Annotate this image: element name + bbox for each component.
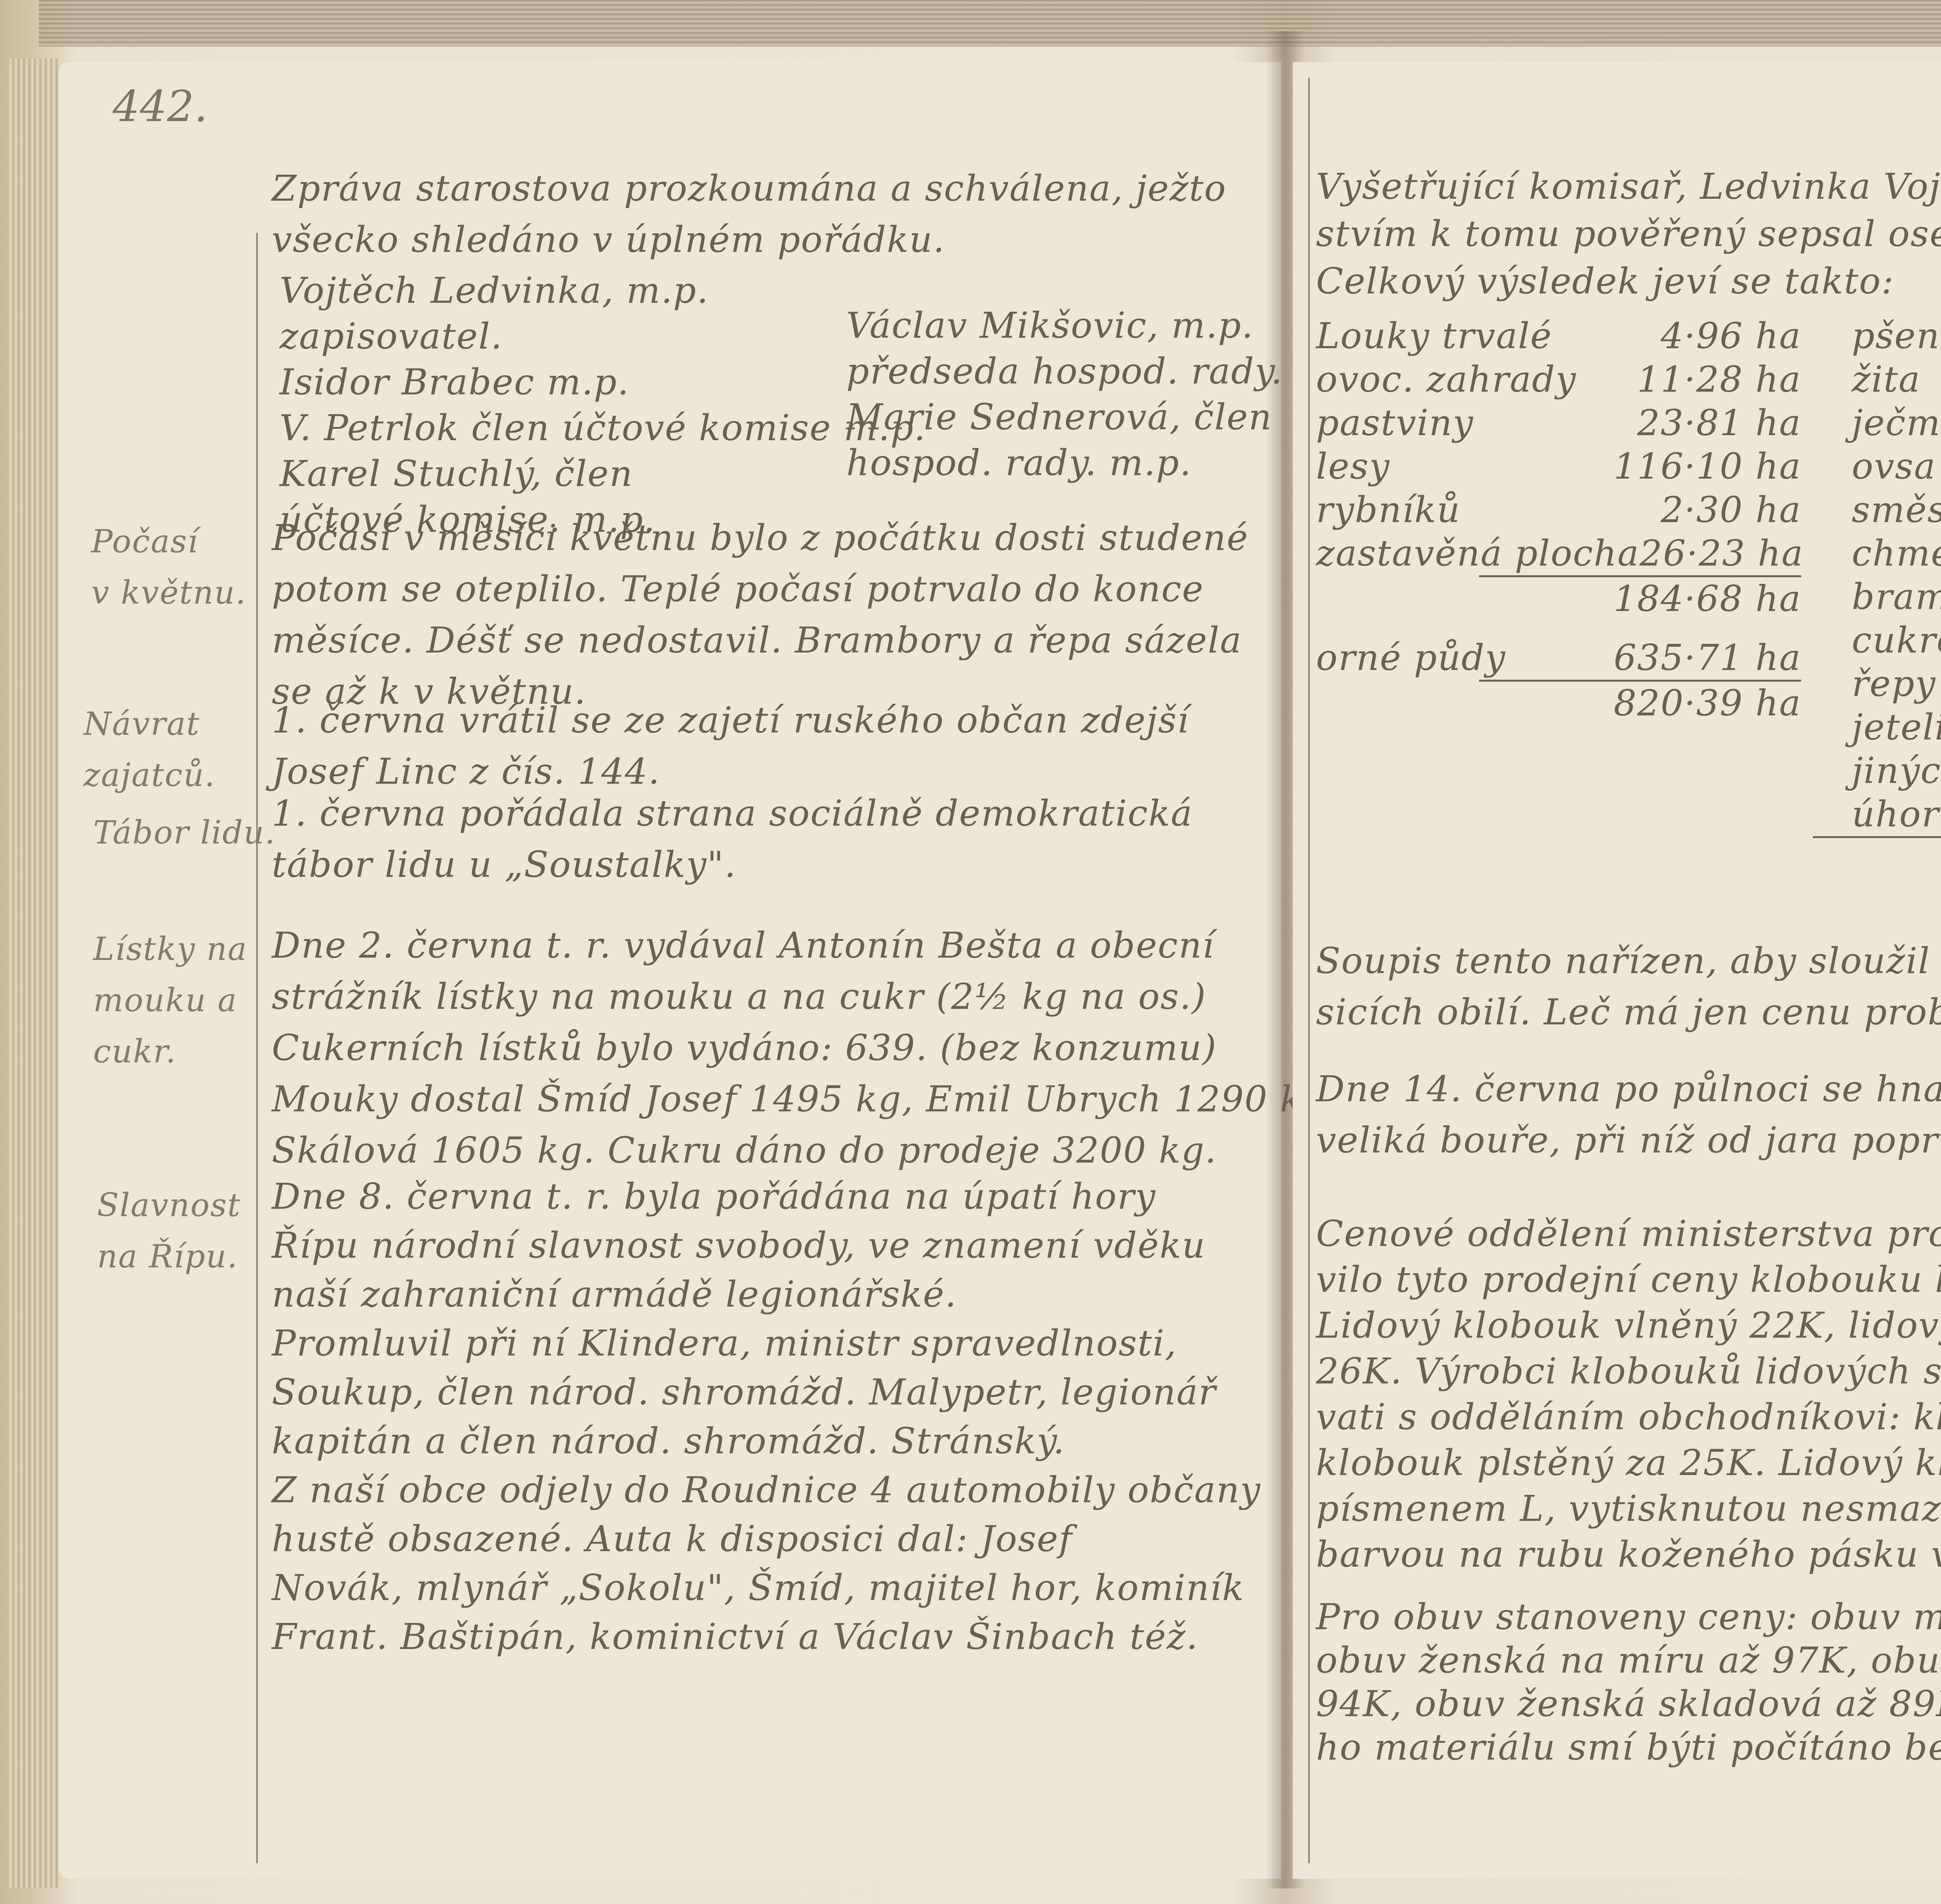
table-row: rybníků2·30 ha <box>1316 488 1801 532</box>
text-line: strážník lístky na mouku a na cukr (2½ k… <box>272 971 1326 1022</box>
table-row: jiných zelin37·55 ha <box>1852 749 1941 793</box>
margin-text: Lístky na <box>93 924 248 975</box>
text-line: Z naší obce odjely do Roudnice 4 automob… <box>272 1466 1261 1515</box>
text-line: sicích obilí. Leč má jen cenu problemati… <box>1316 987 1941 1038</box>
signatures-right: Václav Mikšovic, m.p. předseda hospod. r… <box>846 303 1283 486</box>
text-line: 1. června pořádala strana sociálně demok… <box>272 788 1193 839</box>
page-stack-left <box>8 58 58 1888</box>
margin-note-return: Návrat zajatců. <box>83 699 215 801</box>
entry-weather-may: Počasí v měsíci květnu bylo z počátku do… <box>272 512 1249 717</box>
text-line: kapitán a člen národ. shromážd. Stránský… <box>272 1417 1261 1466</box>
text-line: Soupis tento nařízen, aby sloužil za pod… <box>1316 936 1941 987</box>
text-line: Dne 14. června po půlnoci se hnala se na… <box>1316 1064 1941 1115</box>
row-label: jetelin <box>1852 706 1941 749</box>
text-line: Novák, mlynář „Sokolu", Šmíd, majitel ho… <box>272 1564 1261 1612</box>
margin-text: Slavnost <box>97 1180 241 1231</box>
text-line: Cenové oddělení ministerstva pro zásobov… <box>1316 1211 1941 1257</box>
margin-text: Tábor lidu. <box>93 807 276 859</box>
signature: Marie Sednerová, člen <box>846 394 1283 440</box>
margin-text: v květnu. <box>91 568 247 619</box>
signature-role: předseda hospod. rady. <box>846 349 1283 394</box>
row-label: chmele <box>1852 532 1941 575</box>
text-line: všecko shledáno v úplném pořádku. <box>272 214 1226 266</box>
row-label: lesy <box>1316 445 1390 488</box>
text-line: Lidový klobouk vlněný 22K, lidový klobou… <box>1316 1303 1941 1349</box>
entry-ration-cards: Dne 2. června t. r. vydával Antonín Bešt… <box>272 920 1326 1176</box>
margin-text: Návrat <box>83 699 215 750</box>
page-number-left: 442. <box>113 82 208 131</box>
crop-table: pšenice83·21 ha žita124·15 ha ječmene31·… <box>1852 314 1941 882</box>
row-value: 4·96 ha <box>1661 314 1801 358</box>
signature: Isidor Brabec m.p. <box>280 359 926 405</box>
row-label: žita <box>1852 358 1921 401</box>
text-line: 1. června vrátil se ze zajetí ruského ob… <box>272 695 1189 746</box>
text-line: vati s odděláním obchodníkovi: klobouk v… <box>1316 1394 1941 1440</box>
subtotal-value: 184·68 ha <box>1614 577 1801 621</box>
signature: Vojtěch Ledvinka, m.p. <box>280 268 926 314</box>
table-row: brambor55·77 ha <box>1852 575 1941 619</box>
text-line: 94K, obuv ženská skladová až 89K. Za obu… <box>1316 1682 1941 1726</box>
row-label: brambor <box>1852 575 1941 619</box>
row-label: rybníků <box>1316 488 1461 532</box>
text-line: hustě obsazené. Auta k disposici dal: Jo… <box>272 1515 1261 1564</box>
row-value: 116·10 ha <box>1614 445 1801 488</box>
text-line: barvou na rubu koženého pásku v klobouku… <box>1316 1532 1941 1578</box>
row-value: 2·30 ha <box>1661 488 1801 532</box>
row-value: 635·71 ha <box>1614 636 1801 680</box>
row-label: ječmene <box>1852 401 1941 445</box>
page-edges-top <box>39 0 1941 47</box>
row-label: Louky trvalé <box>1316 314 1552 358</box>
entry-storm: Dne 14. června po půlnoci se hnala se na… <box>1316 1064 1941 1166</box>
text-line: Soukup, člen národ. shromážd. Malypetr, … <box>272 1368 1261 1417</box>
right-inner-rule <box>1308 78 1310 1863</box>
text-line: klobouk plstěný za 25K. Lidový klobouk o… <box>1316 1440 1941 1486</box>
row-label: orné půdy <box>1316 636 1506 680</box>
text-line: tábor lidu u „Soustalky". <box>272 839 1193 890</box>
table-row: ovsa57·08 ha <box>1852 445 1941 488</box>
entry-shoe-prices: Pro obuv stanoveny ceny: obuv mužská na … <box>1316 1595 1941 1769</box>
row-label: cukrovky <box>1852 619 1941 662</box>
margin-text: na Řípu. <box>97 1231 241 1283</box>
row-label: úhoru <box>1852 793 1941 836</box>
signature: Karel Stuchlý, člen <box>280 451 926 497</box>
signature-role: hospod. rady. m.p. <box>846 440 1283 486</box>
signatures-left: Vojtěch Ledvinka, m.p. zapisovatel. Isid… <box>280 268 926 543</box>
margin-text: cukr. <box>93 1026 248 1078</box>
table-row: cukrovky11·08 ha <box>1852 619 1941 662</box>
text-line: měsíce. Déšť se nedostavil. Brambory a ř… <box>272 615 1249 666</box>
text-line: veliká bouře, při níž od jara poprvé nam… <box>1316 1115 1941 1166</box>
margin-note-rally: Tábor lidu. <box>93 807 276 859</box>
text-line: Mouky dostal Šmíd Josef 1495 kg, Emil Ub… <box>272 1074 1326 1125</box>
text-line: Počasí v měsíci květnu bylo z počátku do… <box>272 512 1249 564</box>
text-line: Skálová 1605 kg. Cukru dáno do prodeje 3… <box>272 1125 1326 1176</box>
text-line: Dne 2. června t. r. vydával Antonín Bešt… <box>272 920 1326 971</box>
text-line: obuv ženská na míru až 97K, obuv mužská … <box>1316 1639 1941 1682</box>
text-line: potom se oteplilo. Teplé počasí potrvalo… <box>272 564 1249 615</box>
signature-role: zapisovatel. <box>280 314 926 359</box>
row-label: pšenice <box>1852 314 1941 358</box>
entry-hat-prices: Cenové oddělení ministerstva pro zásobov… <box>1316 1211 1941 1578</box>
text-line: Frant. Baštipán, kominictví a Václav Šin… <box>272 1612 1261 1661</box>
text-line: ho materiálu smí býti počítáno bez rozdí… <box>1316 1726 1941 1769</box>
text-line: písmenem L, vytisknutou nesmazatelnou fi… <box>1316 1486 1941 1532</box>
text-line: 26K. Výrobci klobouků lidových smí obcho… <box>1316 1349 1941 1394</box>
row-label: pastviny <box>1316 401 1474 445</box>
text-line: Cukerních lístků bylo vydáno: 639. (bez … <box>272 1022 1326 1074</box>
entry-report-approved: Zpráva starostova prozkoumána a schválen… <box>272 163 1226 266</box>
table-row: pšenice83·21 ha <box>1852 314 1941 358</box>
row-label: ovoc. zahrady <box>1316 358 1576 401</box>
signature: Václav Mikšovic, m.p. <box>846 303 1283 349</box>
row-label: řepy krmné <box>1852 662 1941 706</box>
text-line: Pro obuv stanoveny ceny: obuv mužská na … <box>1316 1595 1941 1639</box>
entry-survey-purpose: Soupis tento nařízen, aby sloužil za pod… <box>1316 936 1941 1038</box>
table-row: jetelin94·41 ha <box>1852 706 1941 749</box>
margin-note-ration-cards: Lístky na mouku a cukr. <box>93 924 248 1078</box>
text-line: Celkový výsledek jeví se takto: <box>1316 258 1941 305</box>
margin-text: mouku a <box>93 975 248 1026</box>
table-row: řepy krmné18·88 ha <box>1852 662 1941 706</box>
table-row: ovoc. zahrady11·28 ha <box>1316 358 1801 401</box>
row-value: 23·81 ha <box>1637 401 1801 445</box>
subtotal-row: 184·68 ha <box>1479 575 1801 621</box>
margin-note-weather: Počasí v květnu. <box>91 516 247 619</box>
left-margin-rule <box>256 233 258 1863</box>
margin-text: zajatců. <box>83 750 215 801</box>
table-row: ječmene31·06 ha <box>1852 401 1941 445</box>
text-line: Vyšetřující komisař, Ledvinka Vojtěch, u… <box>1316 163 1941 210</box>
text-line: Řípu národní slavnost svobody, ve znamen… <box>272 1221 1261 1270</box>
text-line: Zpráva starostova prozkoumána a schválen… <box>272 163 1226 214</box>
table-row: úhoru3·48 ha <box>1852 793 1941 836</box>
table-row: zastavěná plocha26·23 ha <box>1316 532 1801 575</box>
table-row: pastviny23·81 ha <box>1316 401 1801 445</box>
open-chronicle-book: 442. Zpráva starostova prozkoumána a sch… <box>0 0 1941 1904</box>
table-row: směsky54·62 ha <box>1852 488 1941 532</box>
land-use-table: Louky trvalé4·96 ha ovoc. zahrady11·28 h… <box>1316 314 1801 725</box>
margin-note-rip: Slavnost na Řípu. <box>97 1180 241 1283</box>
entry-peoples-rally: 1. června pořádala strana sociálně demok… <box>272 788 1193 890</box>
row-label: jiných zelin <box>1852 749 1941 793</box>
entry-crop-survey-intro: Vyšetřující komisař, Ledvinka Vojtěch, u… <box>1316 163 1941 305</box>
table-row: chmele64·42 ha <box>1852 532 1941 575</box>
text-line: Dne 8. června t. r. byla pořádána na úpa… <box>272 1172 1261 1221</box>
margin-text: Počasí <box>91 516 247 568</box>
table-row: lesy116·10 ha <box>1316 445 1801 488</box>
text-line: Promluvil při ní Klindera, ministr sprav… <box>272 1319 1261 1368</box>
text-line: vilo tyto prodejní ceny klobouku lidovéh… <box>1316 1257 1941 1303</box>
text-line: stvím k tomu pověřený sepsal osev zdejší… <box>1316 210 1941 258</box>
row-label: směsky <box>1852 488 1941 532</box>
row-value: 26·23 ha <box>1639 532 1804 575</box>
table-row: žita124·15 ha <box>1852 358 1941 401</box>
total-row: 820·39 ha <box>1479 680 1801 725</box>
table-row: orné půdy635·71 ha <box>1316 636 1801 680</box>
entry-rip-celebration: Dne 8. června t. r. byla pořádána na úpa… <box>272 1172 1261 1661</box>
row-value: 11·28 ha <box>1637 358 1801 401</box>
table-row: Louky trvalé4·96 ha <box>1316 314 1801 358</box>
total-value: 820·39 ha <box>1614 682 1801 725</box>
row-label: ovsa <box>1852 445 1936 488</box>
signature: V. Petrlok člen účtové komise m.p. <box>280 405 926 451</box>
text-line: naší zahraniční armádě legionářské. <box>272 1270 1261 1319</box>
total-row: 635·71 ha <box>1813 836 1941 882</box>
entry-pow-return: 1. června vrátil se ze zajetí ruského ob… <box>272 695 1189 797</box>
row-label: zastavěná plocha <box>1316 532 1639 575</box>
